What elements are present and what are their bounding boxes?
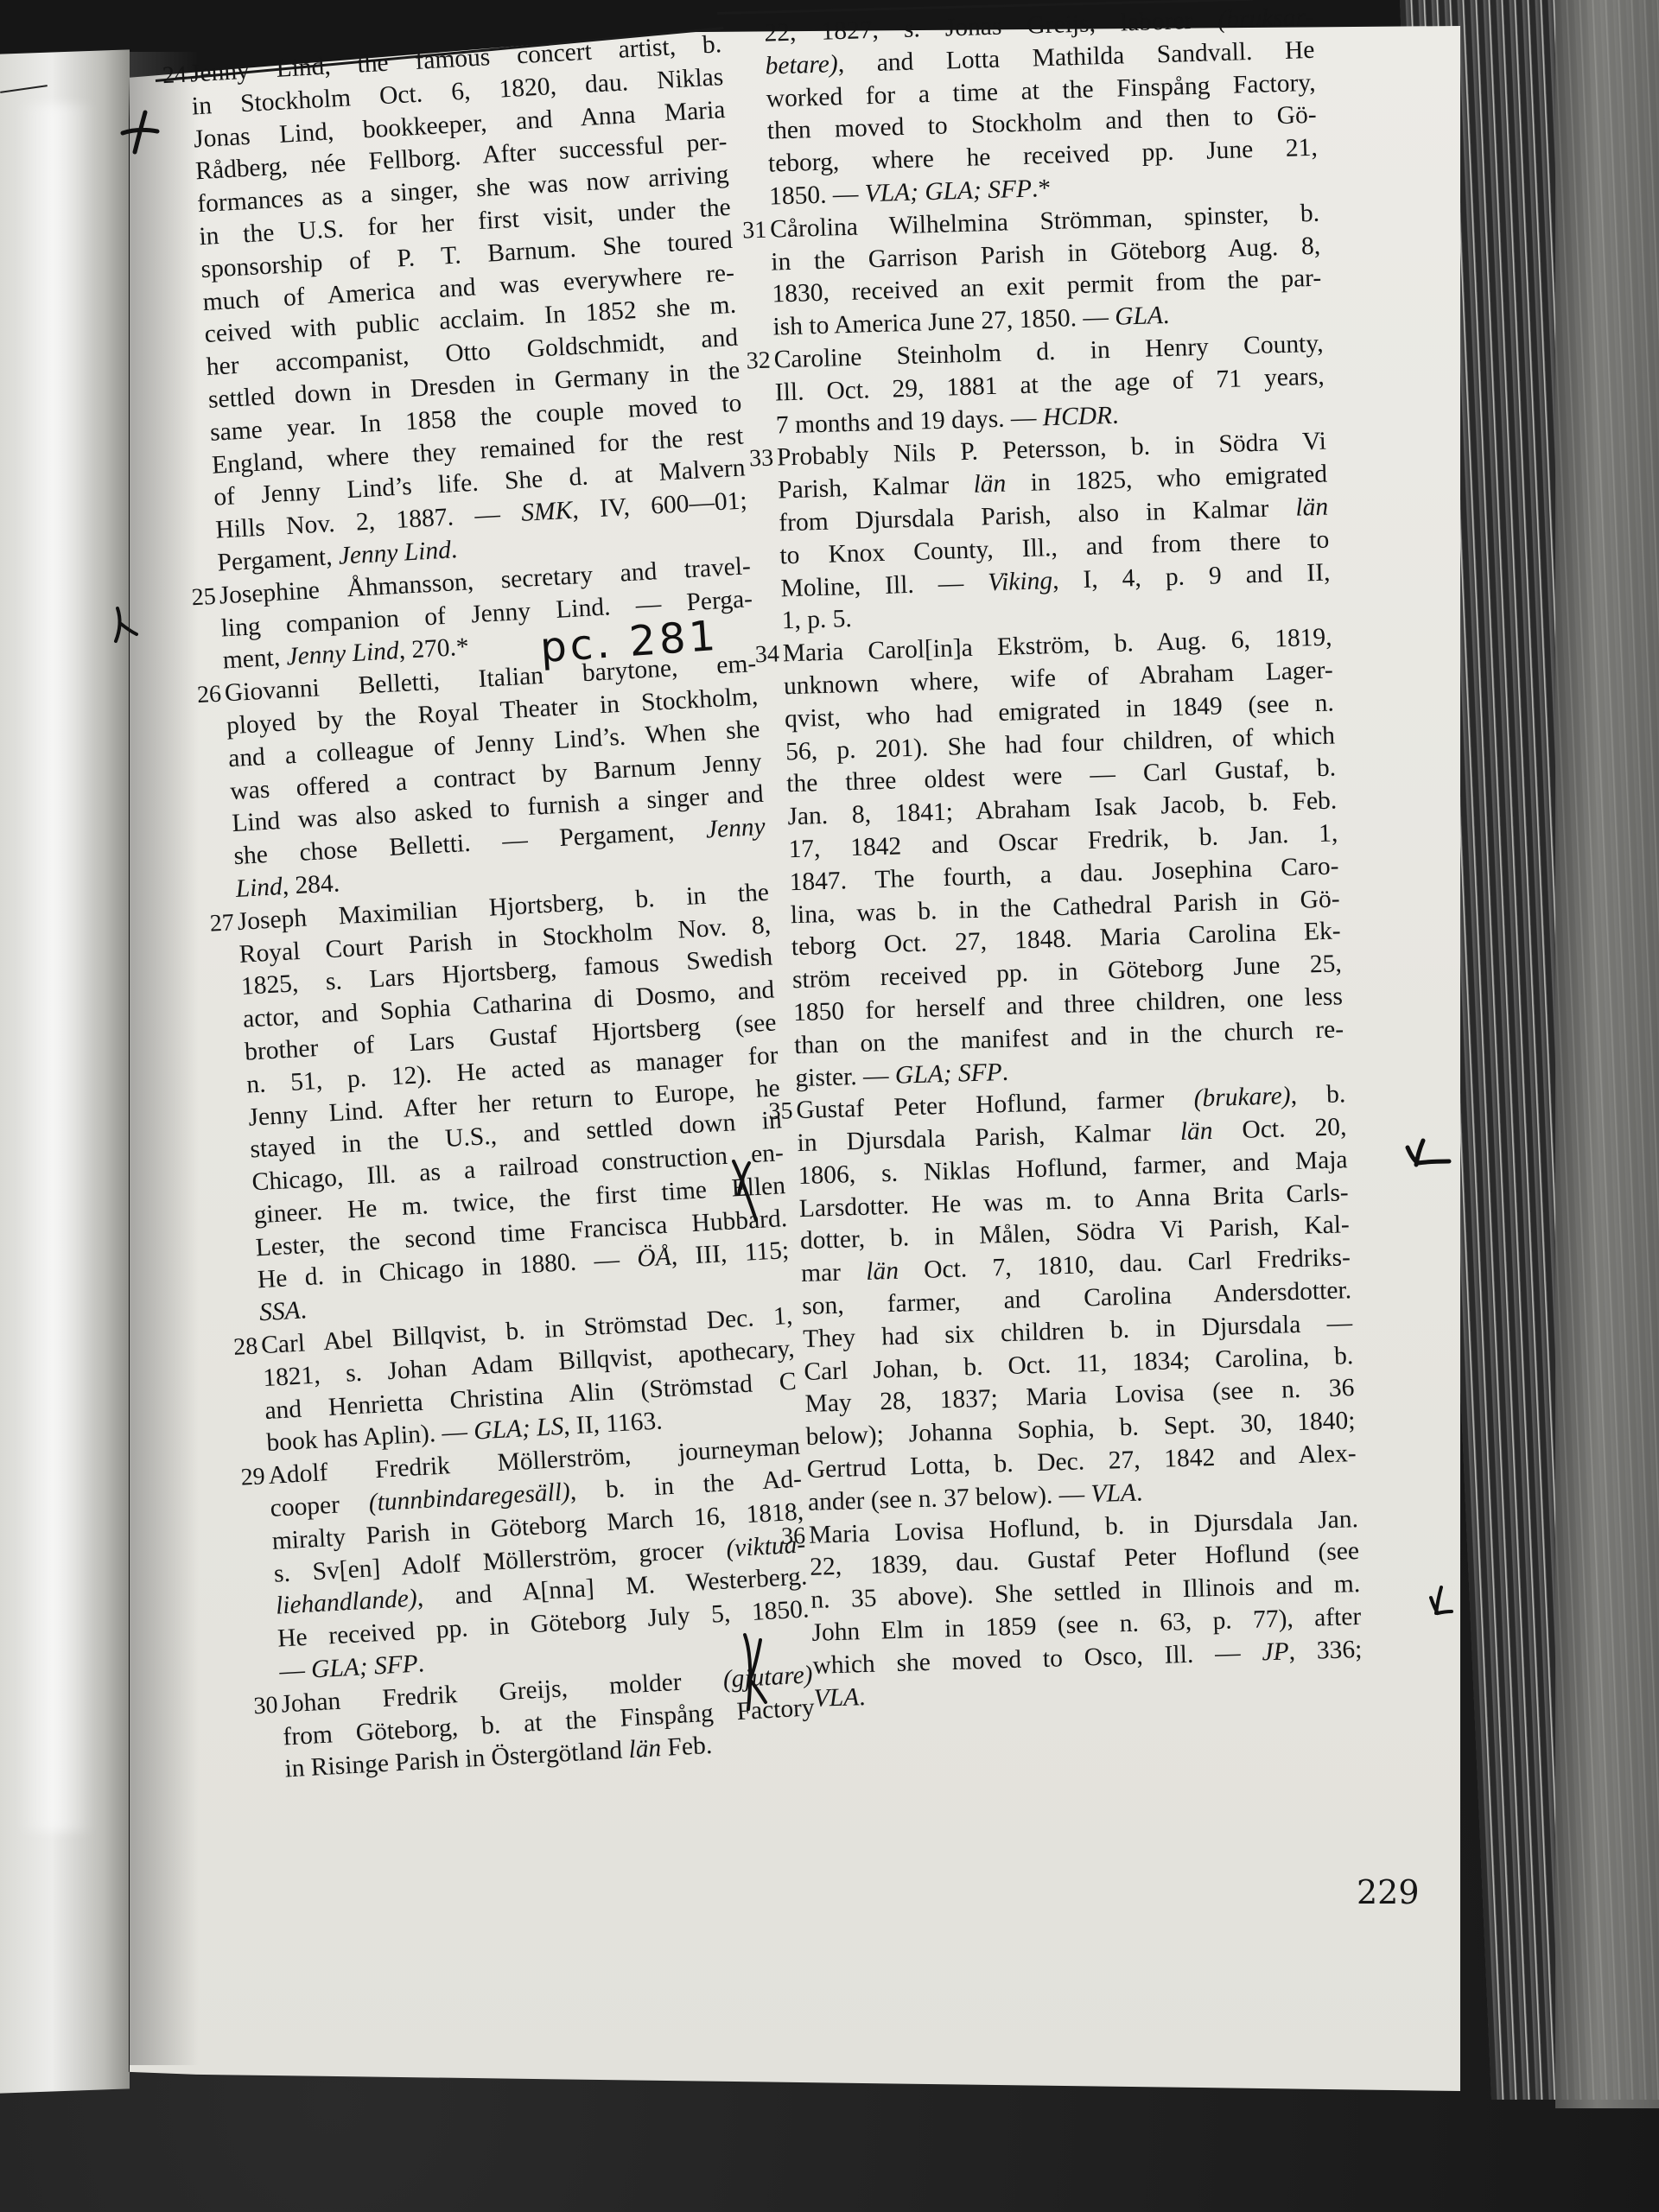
- footnote-text: Jenny Lind, the famous concert artist, b…: [189, 29, 750, 580]
- footnote-number: 30: [242, 1689, 278, 1724]
- footnote-text: Maria Carol[in]a Ekström, b. Aug. 6, 181…: [782, 622, 1344, 1096]
- footnote-26: 26Giovanni Belletti, Italian barytone, e…: [186, 648, 768, 908]
- footnote-text: Adolf Fredrik Möllerström, journeymancoo…: [268, 1431, 812, 1689]
- italic-citation: JP: [1262, 1637, 1289, 1666]
- footnote-number: 33: [739, 442, 774, 476]
- footnote-text: Probably Nils P. Petersson, b. in Södra …: [777, 426, 1332, 639]
- footnote-number: 32: [735, 345, 771, 378]
- footnote-number: 24: [151, 59, 188, 93]
- footnote-36: 36Maria Lovisa Hoflund, b. in Djursdala …: [771, 1503, 1363, 1717]
- footnote-27: 27Joseph Maximilian Hjortsberg, b. in th…: [199, 876, 791, 1332]
- handwritten-x-mark-note-25: [111, 605, 145, 652]
- footnote-text: Gustaf Peter Hoflund, farmer (brukare), …: [796, 1079, 1357, 1520]
- italic-citation: VLA: [1090, 1479, 1136, 1509]
- footnote-number: 27: [199, 906, 235, 941]
- footnote-31: 31Cårolina Wilhelmina Strömman, spinster…: [732, 198, 1323, 346]
- footnote-number: 29: [230, 1460, 266, 1495]
- footnote-text: Cårolina Wilhelmina Strömman, spinster, …: [770, 198, 1323, 345]
- footnote-24: 24Jenny Lind, the famous concert artist,…: [151, 29, 750, 582]
- italic-citation: Viking: [988, 567, 1053, 596]
- italic-citation: Jenny Lind: [286, 637, 400, 671]
- italic-citation: (brukare): [1193, 1082, 1291, 1112]
- italic-citation: ÖÅ: [637, 1243, 672, 1273]
- footnote-text: Giovanni Belletti, Italian barytone, em-…: [224, 648, 768, 906]
- italic-citation: län: [1295, 493, 1329, 522]
- italic-citation: liehandlande): [275, 1585, 417, 1620]
- italic-citation: län: [866, 1257, 899, 1286]
- italic-citation: GLA: [1115, 302, 1164, 331]
- footnote-30-continuation: 22, 1827, s. Jonas Greijs, laborer (bruk…: [726, 2, 1319, 215]
- book-edge-shadow: [1555, 0, 1659, 2108]
- footnote-number: 34: [744, 639, 779, 672]
- italic-citation: VLA: [813, 1683, 859, 1713]
- x-mark-icon: [1404, 1139, 1456, 1173]
- footnote-34: 34Maria Carol[in]a Ekström, b. Aug. 6, 1…: [744, 622, 1344, 1096]
- handwritten-x-mark-note-36-left: [741, 1633, 776, 1715]
- italic-citation: län: [628, 1735, 662, 1764]
- handwritten-x-mark-note-35-left: [730, 1158, 765, 1231]
- italic-citation: GLA; LS: [473, 1413, 564, 1446]
- italic-citation: län: [1179, 1117, 1213, 1146]
- italic-citation: VLA; GLA; SFP: [864, 175, 1032, 208]
- italic-citation: Lind: [235, 873, 283, 903]
- footnote-number: 25: [181, 581, 217, 615]
- x-mark-icon: [741, 1633, 776, 1711]
- x-mark-icon: [1426, 1586, 1460, 1620]
- footnote-text: Joseph Maximilian Hjortsberg, b. in theR…: [237, 876, 791, 1330]
- x-mark-icon: [111, 605, 145, 648]
- footnote-number: 26: [186, 678, 222, 713]
- footnote-number: 35: [758, 1096, 793, 1129]
- handwritten-x-mark-note-24: [121, 105, 164, 162]
- x-mark-icon: [730, 1158, 765, 1227]
- footnote-text: Caroline Steinholm d. in Henry County,Il…: [773, 328, 1325, 442]
- light-glare: [17, 104, 95, 1832]
- handwritten-x-mark-note-36-right: [1426, 1586, 1460, 1624]
- italic-citation: GLA; SFP: [894, 1058, 1002, 1090]
- italic-citation: (bruksar-: [1217, 3, 1314, 34]
- italic-citation: län: [973, 470, 1007, 499]
- italic-citation: GLA; SFP: [310, 1650, 418, 1684]
- italic-citation: SSA: [258, 1297, 301, 1327]
- footnote-35: 35Gustaf Peter Hoflund, farmer (brukare)…: [758, 1079, 1357, 1521]
- italic-citation: Jenny Lind: [338, 537, 452, 570]
- left-column: 24Jenny Lind, the famous concert artist,…: [151, 29, 817, 1789]
- page-number: 229: [1357, 1873, 1420, 1911]
- footnote-32: 32Caroline Steinholm d. in Henry County,…: [735, 328, 1325, 444]
- handwritten-x-mark-note-35-right: [1404, 1139, 1456, 1178]
- italic-citation: SMK: [520, 497, 573, 527]
- footnote-number: 36: [771, 1520, 806, 1554]
- x-mark-icon: [121, 105, 164, 157]
- italic-citation: betare): [765, 50, 838, 79]
- footnote-number: 31: [732, 213, 767, 247]
- italic-citation: HCDR: [1042, 402, 1112, 431]
- footnote-29: 29Adolf Fredrik Möllerström, journeymanc…: [230, 1431, 812, 1691]
- right-column: 22, 1827, s. Jonas Greijs, laborer (bruk…: [726, 2, 1363, 1717]
- footnote-number: 28: [222, 1331, 258, 1365]
- footnote-33: 33Probably Nils P. Petersson, b. in Södr…: [739, 426, 1332, 639]
- footnote-text: Maria Lovisa Hoflund, b. in Djursdala Ja…: [809, 1503, 1363, 1716]
